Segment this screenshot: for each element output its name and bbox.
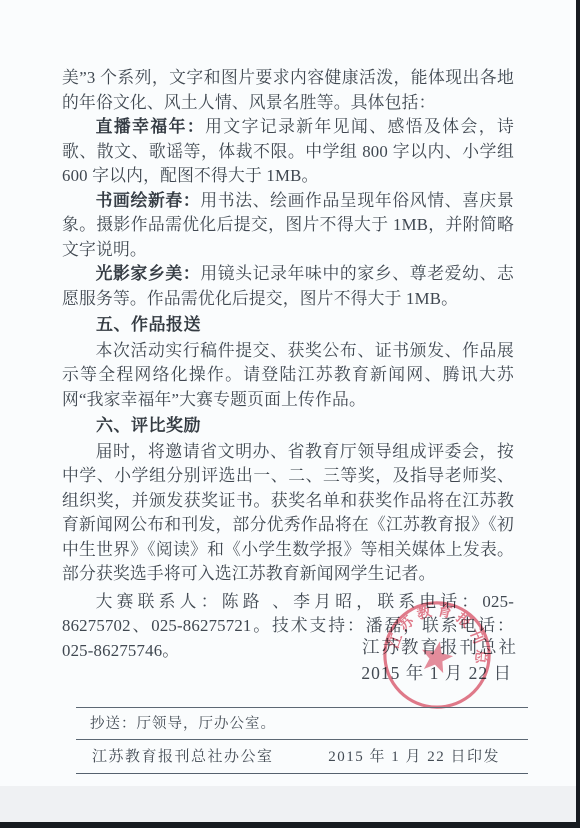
paragraph-series-art: 书画绘新春：用书法、绘画作品呈现年俗风情、喜庆景象。摄影作品需优化后提交，图片不… xyxy=(62,189,514,263)
signature-org: 江苏教育报刊总社 xyxy=(361,634,518,660)
paragraph-series-photo: 光影家乡美：用镜头记录年味中的家乡、尊老爱幼、志愿服务等。作品需优化后提交，图片… xyxy=(62,262,514,311)
signature-block: 江苏教育报刊总社 2015 年 1 月 22 日 xyxy=(361,634,518,686)
series-1-title: 直播幸福年： xyxy=(96,117,205,136)
print-row: 江苏教育报刊总社办公室 2015 年 1 月 22 日印发 xyxy=(76,747,528,767)
issuer-office: 江苏教育报刊总社办公室 xyxy=(92,747,274,767)
paragraph-continuation: 美”3 个系列，文字和图片要求内容健康活泼，能体现出各地的年俗文化、风土人情、风… xyxy=(62,66,514,115)
scan-edge-right xyxy=(576,0,580,828)
print-date: 2015 年 1 月 22 日印发 xyxy=(328,747,500,767)
paragraph-series-live: 直播幸福年：用文字记录新年见闻、感悟及体会，诗歌、散文、歌谣等，体裁不限。中学组… xyxy=(62,115,514,189)
footer-rule-top xyxy=(76,707,528,708)
scanned-document-page: 美”3 个系列，文字和图片要求内容健康活泼，能体现出各地的年俗文化、风土人情、风… xyxy=(0,0,580,828)
document-body: 美”3 个系列，文字和图片要求内容健康活泼，能体现出各地的年俗文化、风土人情、风… xyxy=(62,66,514,663)
section-heading-5: 五、作品报送 xyxy=(62,313,514,338)
scan-margin-band xyxy=(0,786,580,822)
cc-line: 抄送：厅领导，厅办公室。 xyxy=(90,712,276,733)
signature-date: 2015 年 1 月 22 日 xyxy=(361,660,512,686)
section-heading-6: 六、评比奖励 xyxy=(62,414,514,439)
scan-edge-bottom xyxy=(0,822,580,828)
paragraph-section6: 届时，将邀请省文明办、省教育厅领导组成评委会，按中学、小学组分别评选出一、二、三… xyxy=(62,440,514,587)
footer-rule-bottom xyxy=(76,773,528,774)
series-3-title: 光影家乡美： xyxy=(96,264,201,283)
paragraph-section5: 本次活动实行稿件提交、获奖公布、证书颁发、作品展示等全程网络化操作。请登陆江苏教… xyxy=(62,339,514,413)
series-2-title: 书画绘新春： xyxy=(96,191,201,210)
footer-rule-middle xyxy=(76,739,528,740)
